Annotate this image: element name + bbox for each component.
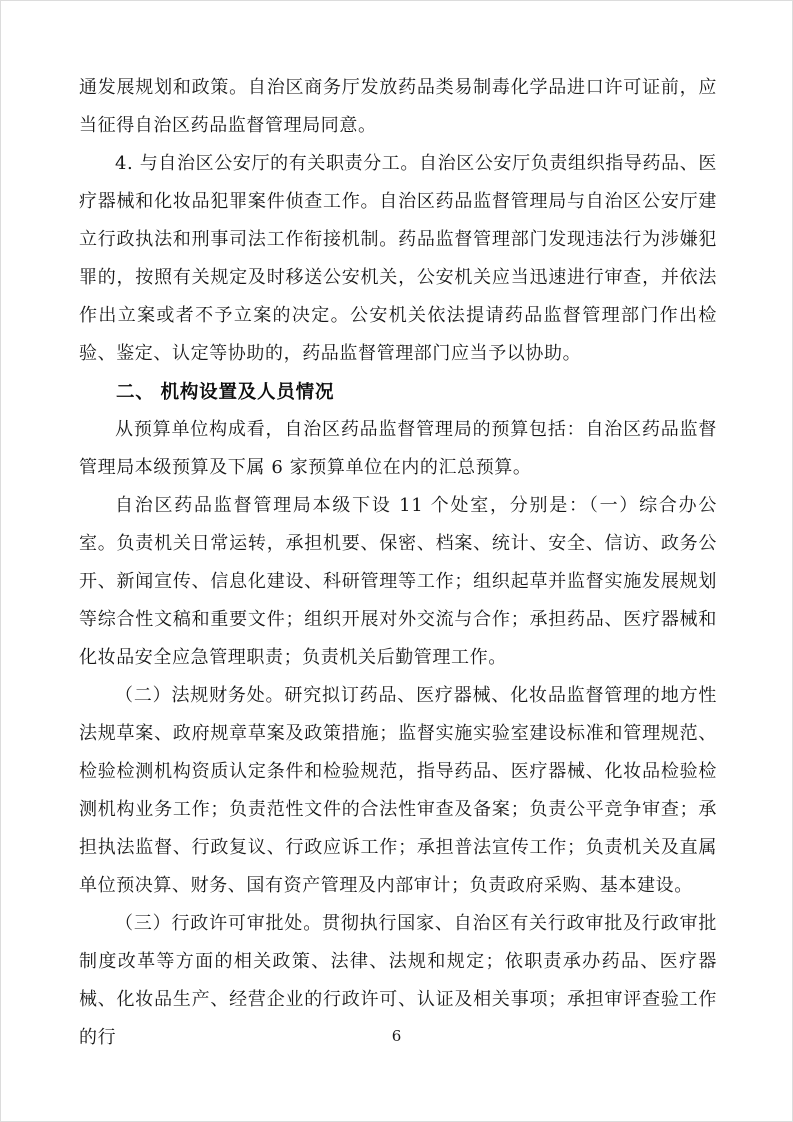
paragraph-continuation: 通发展规划和政策。自治区商务厅发放药品类易制毒化学品进口许可证前，应当征得自治区… [79,69,717,145]
paragraph-budget-composition: 从预算单位构成看，自治区药品监督管理局的预算包括：自治区药品监督管理局本级预算及… [79,411,717,487]
document-body: 通发展规划和政策。自治区商务厅发放药品类易制毒化学品进口许可证前，应当征得自治区… [79,69,717,1057]
paragraph-division-1-general-office: 自治区药品监督管理局本级下设 11 个处室，分别是：（一）综合办公室。负责机关日… [79,487,717,677]
section-heading-organization-staffing: 二、 机构设置及人员情况 [79,373,717,411]
paragraph-item-4-police-division: 4. 与自治区公安厅的有关职责分工。自治区公安厅负责组织指导药品、医疗器械和化妆… [79,145,717,373]
paragraph-division-2-legal-finance: （二）法规财务处。研究拟订药品、医疗器械、化妆品监督管理的地方性法规草案、政府规… [79,677,717,905]
document-page: 通发展规划和政策。自治区商务厅发放药品类易制毒化学品进口许可证前，应当征得自治区… [0,0,793,1122]
page-number: 6 [1,1027,792,1045]
